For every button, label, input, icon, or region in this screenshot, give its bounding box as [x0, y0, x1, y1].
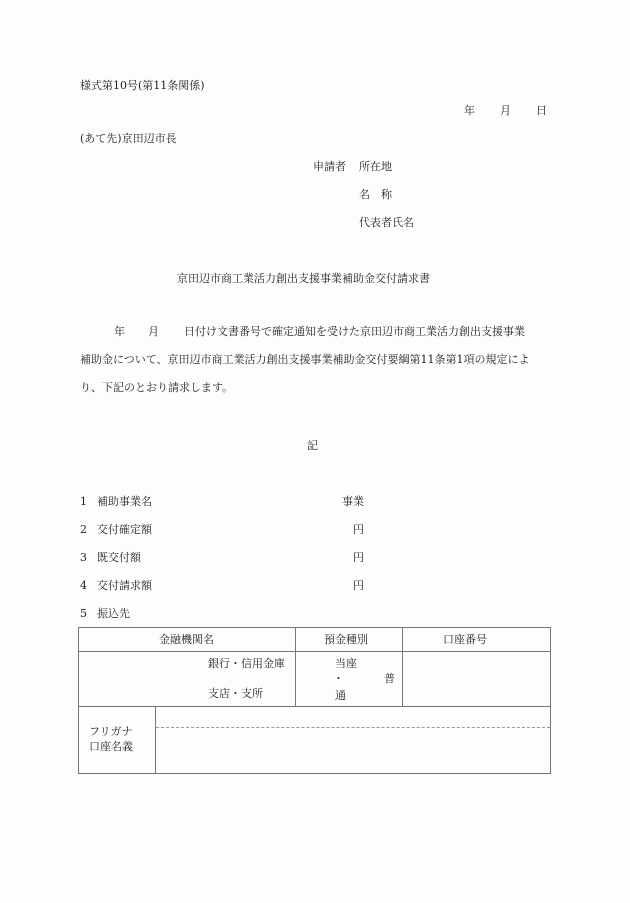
table-divider — [79, 651, 550, 652]
item-4-suffix: 円 — [353, 580, 364, 591]
body-line3: り、下記のとおり請求します。 — [80, 382, 233, 393]
item-3-label: 既交付額 — [97, 552, 141, 563]
body-line2: 補助金について、京田辺市商工業活力創出支援事業補助金交付要綱第11条第1項の規定… — [80, 354, 530, 365]
account-holder-field[interactable] — [159, 732, 544, 770]
header-account-number: 口座番号 — [443, 634, 487, 645]
item-2-number: 2 — [80, 524, 87, 535]
table-divider — [295, 628, 296, 707]
account-holder-label: 口座名義 — [89, 741, 133, 752]
item-4-label: 交付請求額 — [97, 580, 152, 591]
table-divider — [402, 628, 403, 707]
bank-type-suffix: 銀行・信用金庫 — [208, 658, 285, 669]
body-line1: 日付け文書番号で確定通知を受けた京田辺市商工業活力創出支援事業 — [184, 326, 525, 337]
item-3-number: 3 — [80, 552, 87, 563]
item-1-number: 1 — [80, 496, 87, 507]
item-5-number: 5 — [80, 608, 87, 619]
item-3-suffix: 円 — [353, 552, 364, 563]
date-day: 日 — [536, 105, 547, 116]
document-title: 京田辺市商工業活力創出支援事業補助金交付請求書 — [177, 273, 430, 284]
date-year: 年 — [464, 105, 475, 116]
furigana-divider — [156, 727, 550, 728]
addressee: (あて先)京田辺市長 — [80, 133, 177, 144]
account-number-field[interactable] — [409, 658, 549, 702]
applicant-address-label: 所在地 — [359, 161, 392, 172]
table-divider — [155, 706, 156, 774]
item-5-label: 振込先 — [97, 608, 130, 619]
header-bank-name: 金融機関名 — [159, 634, 214, 645]
ki-heading: 記 — [307, 440, 318, 451]
item-2-suffix: 円 — [353, 524, 364, 535]
deposit-type-ordinary-2: 通 — [335, 690, 346, 701]
deposit-type-ordinary-1: 普 — [384, 673, 395, 684]
item-1-suffix: 事業 — [342, 496, 364, 507]
applicant-label: 申請者 — [313, 161, 346, 172]
bank-transfer-table: 金融機関名 預金種別 口座番号 銀行・信用金庫 支店・支所 当座 ・ 普 通 フ… — [78, 627, 551, 774]
furigana-label: フリガナ — [89, 726, 132, 737]
header-deposit-type: 預金種別 — [324, 634, 368, 645]
form-number: 様式第10号(第11条関係) — [80, 80, 205, 91]
item-1-label: 補助事業名 — [97, 496, 152, 507]
deposit-type-separator: ・ — [333, 673, 344, 684]
deposit-type-current: 当座 — [335, 658, 357, 669]
item-4-number: 4 — [80, 580, 87, 591]
item-2-label: 交付確定額 — [97, 524, 152, 535]
date-month: 月 — [500, 105, 511, 116]
body-month: 月 — [148, 326, 159, 337]
applicant-name-label: 名 称 — [359, 189, 392, 200]
branch-type-suffix: 支店・支所 — [208, 688, 263, 699]
table-divider — [79, 706, 550, 707]
applicant-representative-label: 代表者氏名 — [359, 217, 414, 228]
body-year: 年 — [114, 326, 125, 337]
furigana-field[interactable] — [159, 710, 544, 724]
